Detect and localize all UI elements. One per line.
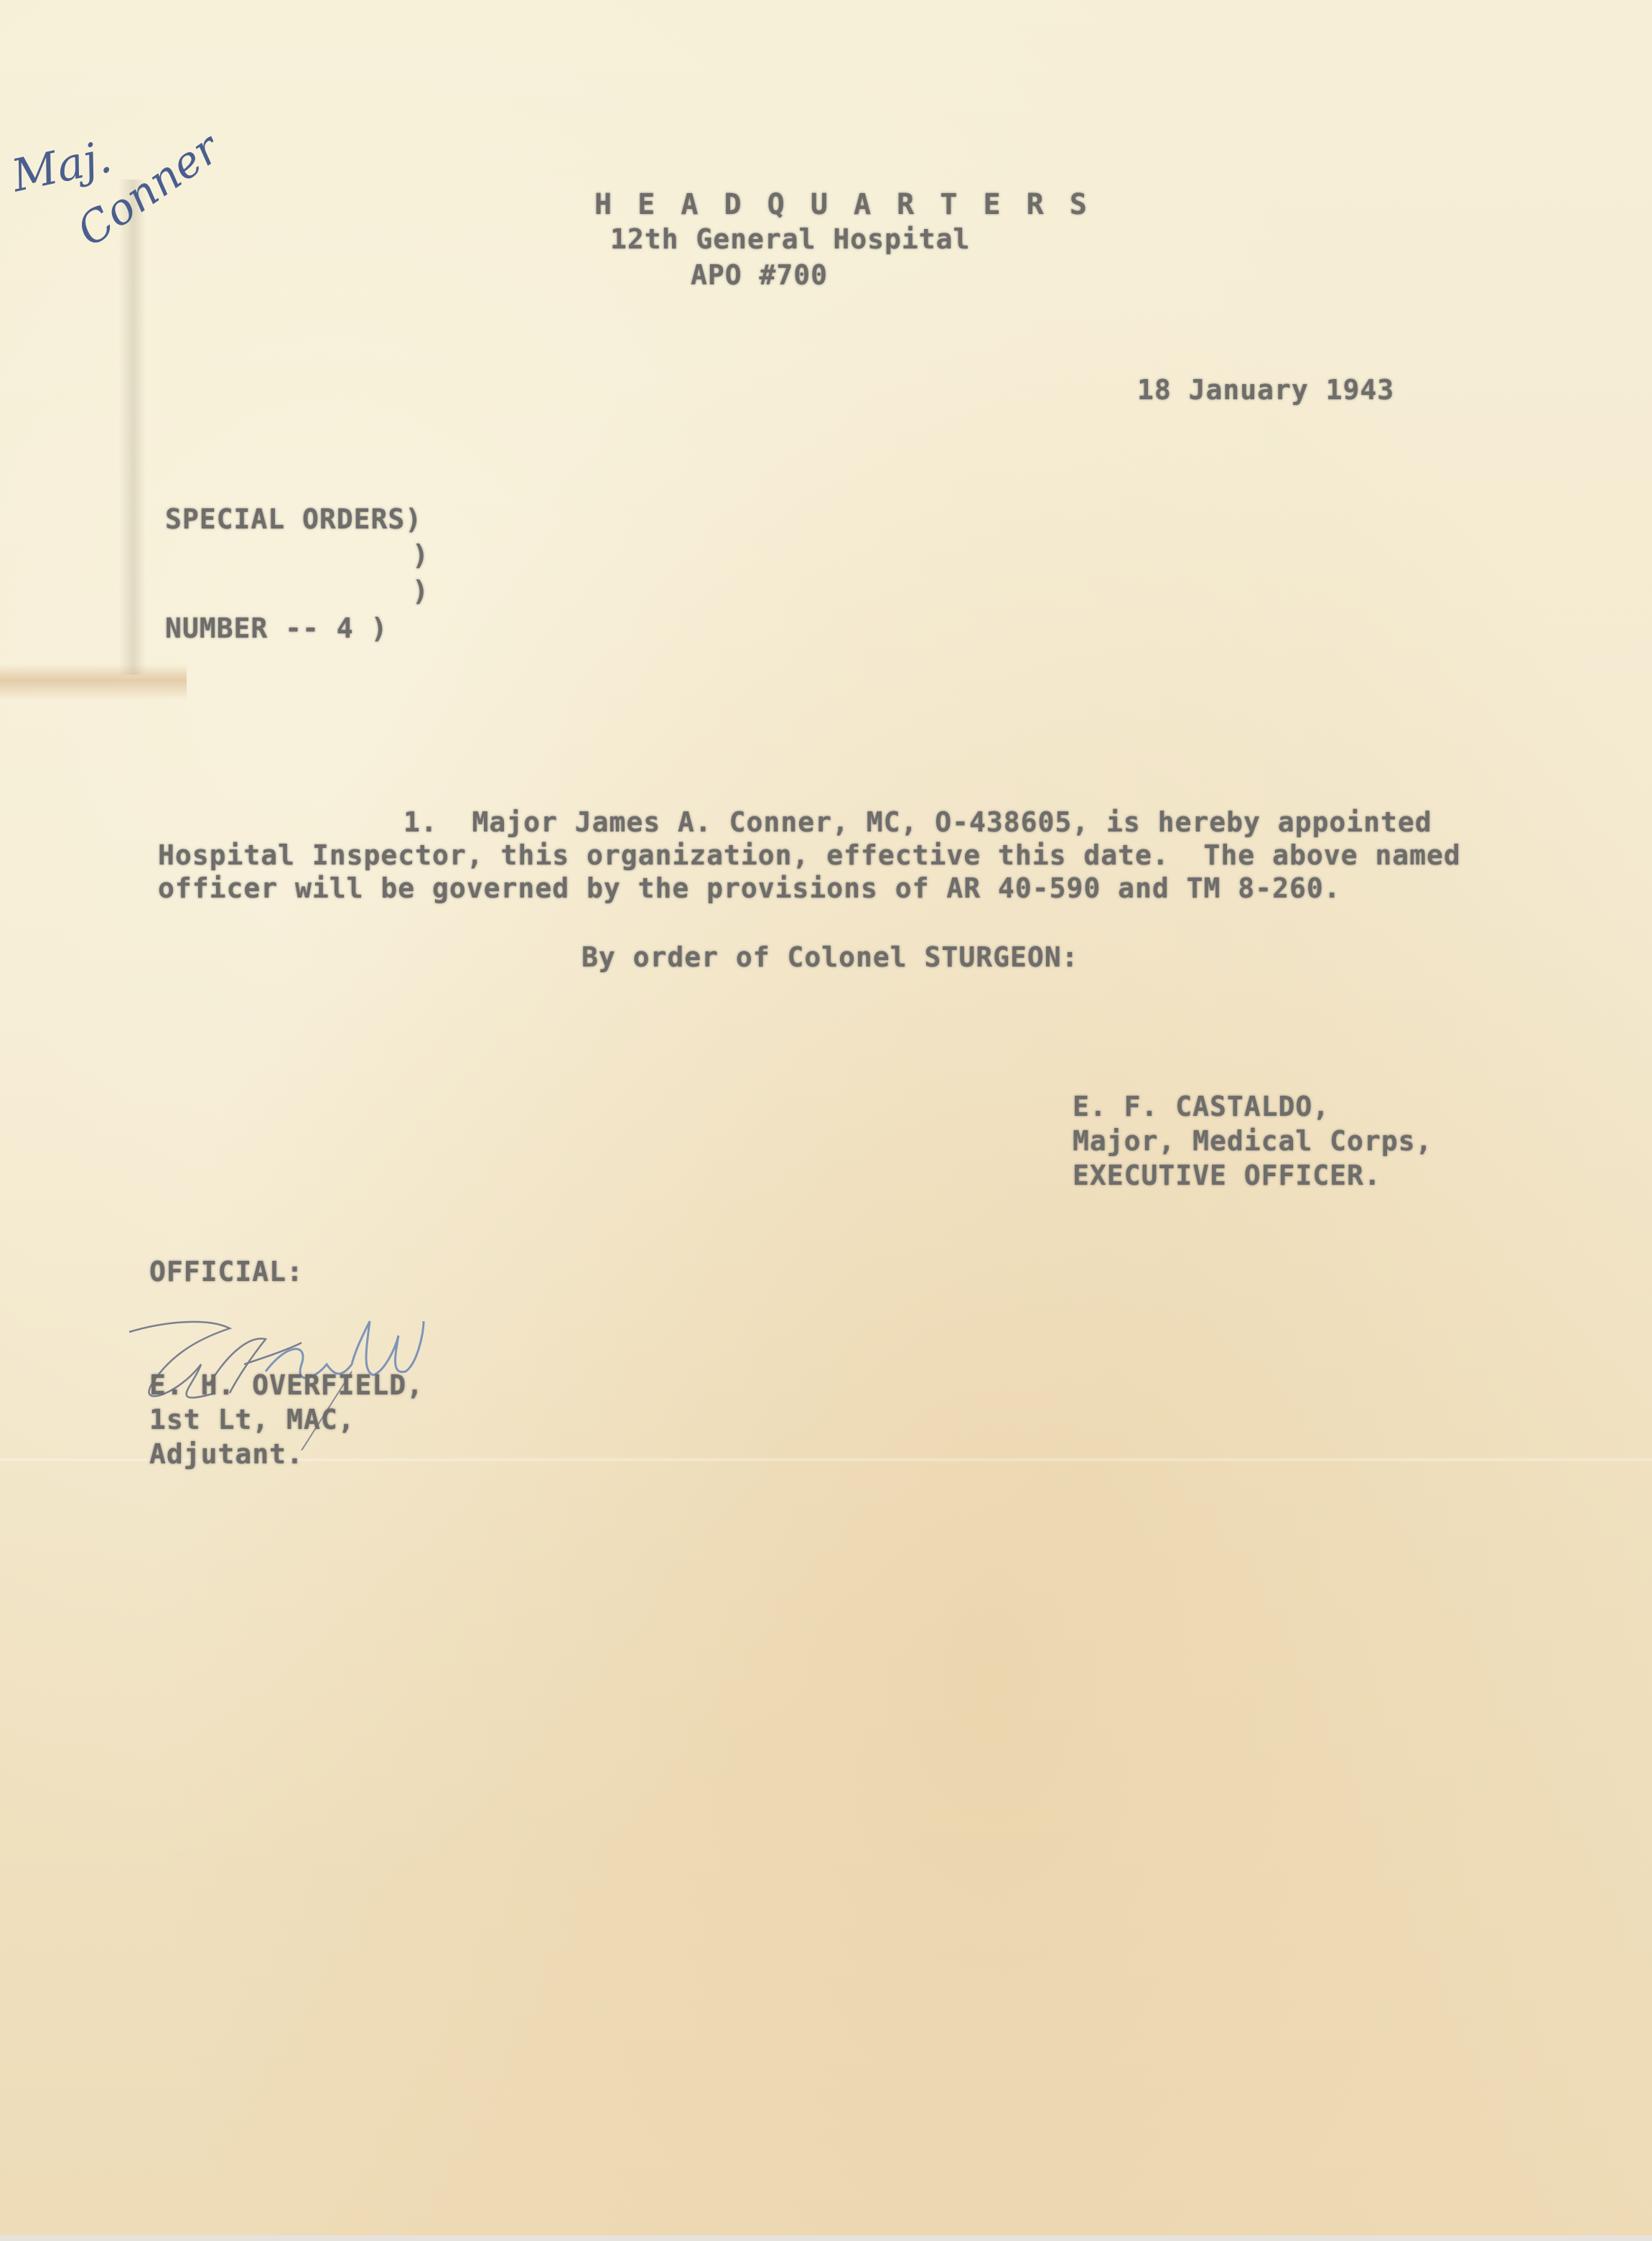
order-date: 18 January 1943 (1137, 373, 1394, 406)
order-number: NUMBER -- 4 ) (165, 612, 388, 645)
bracket-line: ) (412, 574, 429, 607)
signer-title: EXECUTIVE OFFICER. (1073, 1159, 1381, 1192)
handwritten-annotation: Maj. Conner (7, 136, 223, 266)
special-orders-label: SPECIAL ORDERS) (165, 503, 422, 536)
official-name: E. H. OVERFIELD, (149, 1369, 424, 1402)
paragraph-line: officer will be governed by the provisio… (158, 872, 1341, 905)
by-order-line: By order of Colonel STURGEON: (582, 941, 1078, 974)
paragraph-line: 1. Major James A. Conner, MC, O-438605, … (403, 806, 1432, 839)
official-rank: 1st Lt, MAC, (149, 1403, 355, 1436)
annotation-line-1: Maj. (7, 130, 116, 202)
document-paper (0, 0, 1652, 2241)
bracket-line: ) (412, 539, 429, 572)
paragraph-line: Hospital Inspector, this organization, e… (158, 839, 1461, 872)
header-apo: APO #700 (691, 258, 828, 292)
official-title: Adjutant. (149, 1438, 304, 1471)
official-label: OFFICIAL: (149, 1255, 304, 1288)
header-title: H E A D Q U A R T E R S (594, 188, 1091, 221)
header-unit: 12th General Hospital (610, 223, 970, 256)
scan-edge (0, 2235, 1652, 2241)
rust-stain (0, 664, 187, 700)
signer-rank: Major, Medical Corps, (1073, 1124, 1432, 1157)
signer-name: E. F. CASTALDO, (1073, 1090, 1330, 1123)
